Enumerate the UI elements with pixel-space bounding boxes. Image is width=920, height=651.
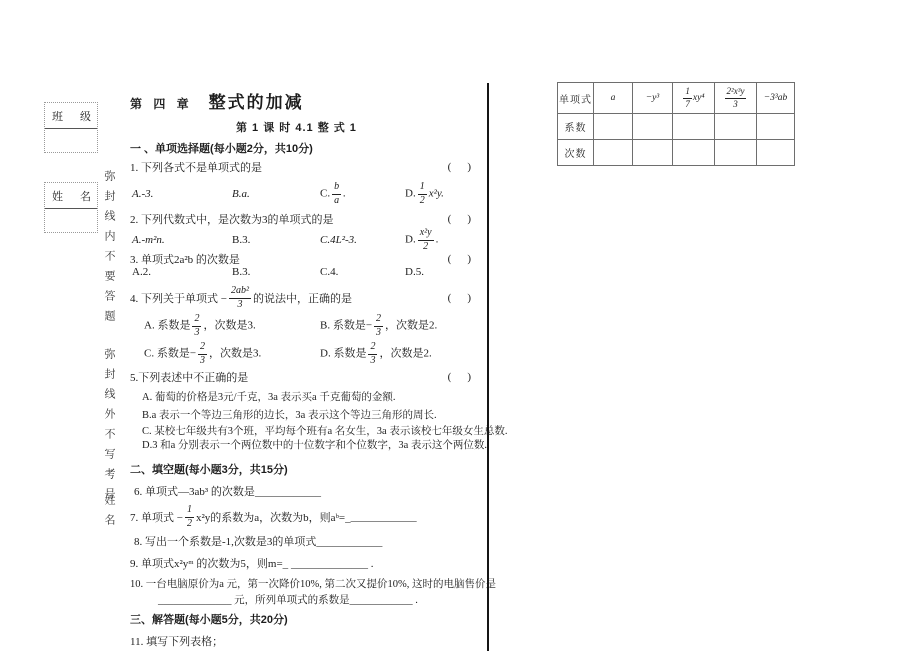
option-a: A.2. xyxy=(132,266,232,278)
empty-cell xyxy=(633,114,673,140)
option-d: D.5. xyxy=(405,266,488,278)
fraction: 23 xyxy=(198,342,207,366)
table-row-coefficient: 系数 xyxy=(558,114,795,140)
option-a: A.-3. xyxy=(132,188,232,200)
empty-cell xyxy=(715,140,757,166)
empty-cell xyxy=(594,140,633,166)
question-6: 6. 单项式—3ab³ 的次数是____________ xyxy=(130,483,488,499)
name-label: 姓名 xyxy=(45,183,97,209)
option-b: B.3. xyxy=(232,234,320,246)
monomial-table: 单项式 a −y³ 17xy⁴ 2²x³y3 −3³ab 系数 次数 xyxy=(557,82,795,166)
class-label: 班级 xyxy=(45,103,97,129)
monomial-cell-2: −y³ xyxy=(633,83,673,114)
name-field-box: 姓名 xyxy=(44,182,98,233)
answer-bracket: ( ) xyxy=(448,371,472,383)
answer-blank: ____________ xyxy=(351,511,417,523)
fraction: 17 xyxy=(683,87,692,109)
table-header-coefficient: 系数 xyxy=(558,114,594,140)
question-4-options-row-2: C. 系数是−23，次数是3. D. 系数是23，次数是2. xyxy=(130,340,488,368)
section-2-heading: 二、填空题(每小题3分，共15分) xyxy=(130,461,488,477)
answer-bracket: ( ) xyxy=(448,253,472,265)
question-2-options: A.-m²n. B.3. C.4L²-3. D.x²y2. xyxy=(130,226,488,254)
empty-cell xyxy=(673,140,715,166)
option-b: B.a. xyxy=(232,188,320,200)
option-b: B. 系数是−23，次数是2. xyxy=(320,314,488,338)
fraction: 23 xyxy=(368,342,377,366)
question-4: 4. 下列关于单项式 − 2ab²3 的说法中，正确的是 ( ) xyxy=(130,284,488,312)
empty-cell xyxy=(715,114,757,140)
answer-bracket: ( ) xyxy=(448,161,472,173)
option-c: C.4L²-3. xyxy=(320,234,405,246)
question-1-options: A.-3. B.a. C.ba. D.12x²y. xyxy=(130,180,488,208)
answer-blank: ____________ xyxy=(255,486,321,498)
option-a: A. 系数是23，次数是3. xyxy=(144,314,320,338)
empty-cell xyxy=(757,114,795,140)
seal-notice-outer: 弥封线外不写考号 xyxy=(101,348,117,508)
fraction: 23 xyxy=(374,314,383,338)
main-content: 第 四 章整式的加减 第 1 课 时 4.1 整 式 1 一 、单项选择题(每小… xyxy=(130,0,488,651)
fraction: 2ab²3 xyxy=(229,286,251,310)
question-8: 8. 写出一个系数是-1,次数是3的单项式____________ xyxy=(130,533,488,549)
question-5: 5.下列表述中不正确的是 ( ) xyxy=(130,369,488,385)
table-row-degree: 次数 xyxy=(558,140,795,166)
fraction: 12 xyxy=(185,505,194,529)
question-11: 11. 填写下列表格； xyxy=(130,633,488,649)
fraction: 12 xyxy=(418,182,427,206)
option-c: C.4. xyxy=(320,266,405,278)
table-header-degree: 次数 xyxy=(558,140,594,166)
fraction: x²y2 xyxy=(418,228,434,252)
monomial-cell-1: a xyxy=(594,83,633,114)
question-10-line-2: ______________ 元，所列单项式的系数是____________ . xyxy=(130,592,488,607)
option-d: D.3 和a 分别表示一个两位数中的十位数字和个位数字，3a 表示这个两位数. xyxy=(130,437,488,452)
chapter-heading: 第 四 章整式的加减 xyxy=(130,88,488,113)
option-d: D.x²y2. xyxy=(405,228,488,252)
answer-blank: ______________ xyxy=(158,595,232,606)
table-row-monomial: 单项式 a −y³ 17xy⁴ 2²x³y3 −3³ab xyxy=(558,83,795,114)
question-1-stem: 1. 下列各式不是单项式的是 xyxy=(130,159,262,175)
monomial-cell-5: −3³ab xyxy=(757,83,795,114)
class-field-box: 班级 xyxy=(44,102,98,153)
question-2-stem: 2. 下列代数式中，是次数为3的单项式的是 xyxy=(130,211,334,227)
name-blank-cell xyxy=(45,209,97,232)
chapter-number: 第 四 章 xyxy=(130,97,193,111)
seal-notice-outer-2: 姓名 xyxy=(101,494,117,534)
question-10-line-1: 10. 一台电脑原价为a 元，第一次降价10%, 第二次又提价10%, 这时的电… xyxy=(130,576,488,591)
option-c: C.ba. xyxy=(320,182,405,206)
answer-blank: ____________ xyxy=(316,536,382,548)
answer-blank: ______________ xyxy=(291,558,368,570)
empty-cell xyxy=(673,114,715,140)
fraction: 2²x³y3 xyxy=(725,87,747,109)
section-1-heading: 一 、单项选择题(每小题2分，共10分) xyxy=(130,140,488,156)
option-a: A. 葡萄的价格是3元/千克，3a 表示买a 千克葡萄的金额. xyxy=(130,389,488,404)
option-d: D.12x²y. xyxy=(405,182,488,206)
question-4-options-row-1: A. 系数是23，次数是3. B. 系数是−23，次数是2. xyxy=(130,312,488,340)
monomial-cell-3: 17xy⁴ xyxy=(673,83,715,114)
question-5-stem: 5.下列表述中不正确的是 xyxy=(130,369,248,385)
lesson-heading: 第 1 课 时 4.1 整 式 1 xyxy=(130,119,488,135)
option-c: C. 某校七年级共有3个班，平均每个班有a 名女生，3a 表示该校七年级女生总数… xyxy=(130,423,488,438)
fraction: ba xyxy=(332,182,341,206)
chapter-title: 整式的加减 xyxy=(209,93,304,112)
question-7: 7. 单项式 − 12 x²y的系数为a，次数为b，则aᵇ=_ ________… xyxy=(130,503,488,531)
option-a: A.-m²n. xyxy=(132,234,232,246)
class-blank-cell xyxy=(45,129,97,152)
option-b: B.a 表示一个等边三角形的边长，3a 表示这个等边三角形的周长. xyxy=(130,407,488,422)
question-2: 2. 下列代数式中，是次数为3的单项式的是 ( ) xyxy=(130,211,488,227)
fraction: 23 xyxy=(192,314,201,338)
answer-blank: ____________ xyxy=(350,595,413,606)
question-3: 3. 单项式2a²b 的次数是 ( ) xyxy=(130,251,488,267)
question-9: 9. 单项式x²yᵐ 的次数为5，则m=_ ______________ . xyxy=(130,555,488,571)
option-d: D. 系数是23，次数是2. xyxy=(320,342,488,366)
option-c: C. 系数是−23，次数是3. xyxy=(144,342,320,366)
table-header-monomial: 单项式 xyxy=(558,83,594,114)
monomial-cell-4: 2²x³y3 xyxy=(715,83,757,114)
option-b: B.3. xyxy=(232,266,320,278)
empty-cell xyxy=(633,140,673,166)
question-3-options: A.2. B.3. C.4. D.5. xyxy=(130,266,488,278)
question-1: 1. 下列各式不是单项式的是 ( ) xyxy=(130,159,488,175)
seal-notice-inner: 弥封线内不要答题 xyxy=(101,170,117,330)
empty-cell xyxy=(594,114,633,140)
section-3-heading: 三、解答题(每小题5分，共20分) xyxy=(130,611,488,627)
answer-bracket: ( ) xyxy=(448,213,472,225)
question-3-stem: 3. 单项式2a²b 的次数是 xyxy=(130,251,240,267)
answer-bracket: ( ) xyxy=(448,292,472,304)
empty-cell xyxy=(757,140,795,166)
worksheet-page: 班级 姓名 弥封线内不要答题 弥封线外不写考号 姓名 第 四 章整式的加减 第 … xyxy=(0,0,920,651)
